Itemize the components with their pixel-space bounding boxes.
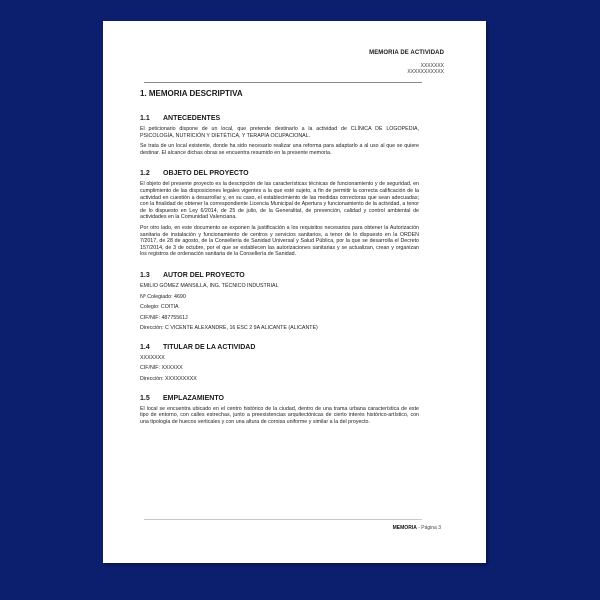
section-emplazamiento: 1.5 EMPLAZAMIENTO El local se encuentra … xyxy=(140,395,419,426)
section-autor: 1.3 AUTOR DEL PROYECTO EMILIO GÓMEZ MANS… xyxy=(140,272,419,332)
paragraph: Por otro lado, en este documento se expo… xyxy=(140,225,419,258)
header-line-2: XXXXXXXXXXX xyxy=(407,69,444,75)
header-subtitle: XXXXXXX XXXXXXXXXXX xyxy=(407,63,444,75)
section-number: 1.4 xyxy=(140,344,163,351)
page-footer: MEMORIA - Página 3 xyxy=(393,525,441,531)
footer-divider xyxy=(144,519,422,520)
holder-name: XXXXXXX xyxy=(140,355,419,362)
paragraph: El local se encuentra ubicado en el cent… xyxy=(140,406,419,426)
section-title: EMPLAZAMIENTO xyxy=(163,395,224,402)
author-college: Colegio: COITIA xyxy=(140,304,419,311)
paragraph: El peticionario dispone de un local, que… xyxy=(140,126,419,139)
section-number: 1.5 xyxy=(140,395,163,402)
section-titular: 1.4 TITULAR DE LA ACTIVIDAD XXXXXXX CIF/… xyxy=(140,344,419,383)
section-heading: 1.2 OBJETO DEL PROYECTO xyxy=(140,170,419,177)
section-number: 1.1 xyxy=(140,115,163,122)
section-heading: 1.3 AUTOR DEL PROYECTO xyxy=(140,272,419,279)
section-heading: 1.4 TITULAR DE LA ACTIVIDAD xyxy=(140,344,419,351)
section-title: AUTOR DEL PROYECTO xyxy=(163,272,245,279)
section-objeto: 1.2 OBJETO DEL PROYECTO El objeto del pr… xyxy=(140,170,419,258)
author-address: Dirección: C VICENTE ALEXANDRE, 16 ESC 2… xyxy=(140,325,419,332)
author-collegiate-number: Nº Colegiado: 4690 xyxy=(140,294,419,301)
document-page: MEMORIA DE ACTIVIDAD XXXXXXX XXXXXXXXXXX… xyxy=(103,21,486,563)
footer-label: MEMORIA xyxy=(393,525,417,531)
main-heading: 1. MEMORIA DESCRIPTIVA xyxy=(140,89,419,98)
section-title: OBJETO DEL PROYECTO xyxy=(163,170,249,177)
holder-address: Dirección: XXXXXXXXX xyxy=(140,376,419,383)
paragraph: El objeto del presente proyecto es la de… xyxy=(140,181,419,221)
author-tax-id: CIF/NIF: 48775561J xyxy=(140,315,419,322)
section-heading: 1.5 EMPLAZAMIENTO xyxy=(140,395,419,402)
section-title: ANTECEDENTES xyxy=(163,115,220,122)
author-name: EMILIO GÓMEZ MANSILLA, ING. TÉCNICO INDU… xyxy=(140,283,419,290)
header-divider xyxy=(144,82,422,83)
section-number: 1.3 xyxy=(140,272,163,279)
section-heading: 1.1 ANTECEDENTES xyxy=(140,115,419,122)
section-number: 1.2 xyxy=(140,170,163,177)
page-number: - Página 3 xyxy=(417,525,441,531)
section-title: TITULAR DE LA ACTIVIDAD xyxy=(163,344,255,351)
section-antecedentes: 1.1 ANTECEDENTES El peticionario dispone… xyxy=(140,115,419,156)
header-title: MEMORIA DE ACTIVIDAD xyxy=(369,50,444,56)
document-body: 1. MEMORIA DESCRIPTIVA 1.1 ANTECEDENTES … xyxy=(140,89,419,439)
paragraph: Se trata de un local existente, donde ha… xyxy=(140,143,419,156)
holder-tax-id: CIF/NIF: XXXXXX xyxy=(140,365,419,372)
